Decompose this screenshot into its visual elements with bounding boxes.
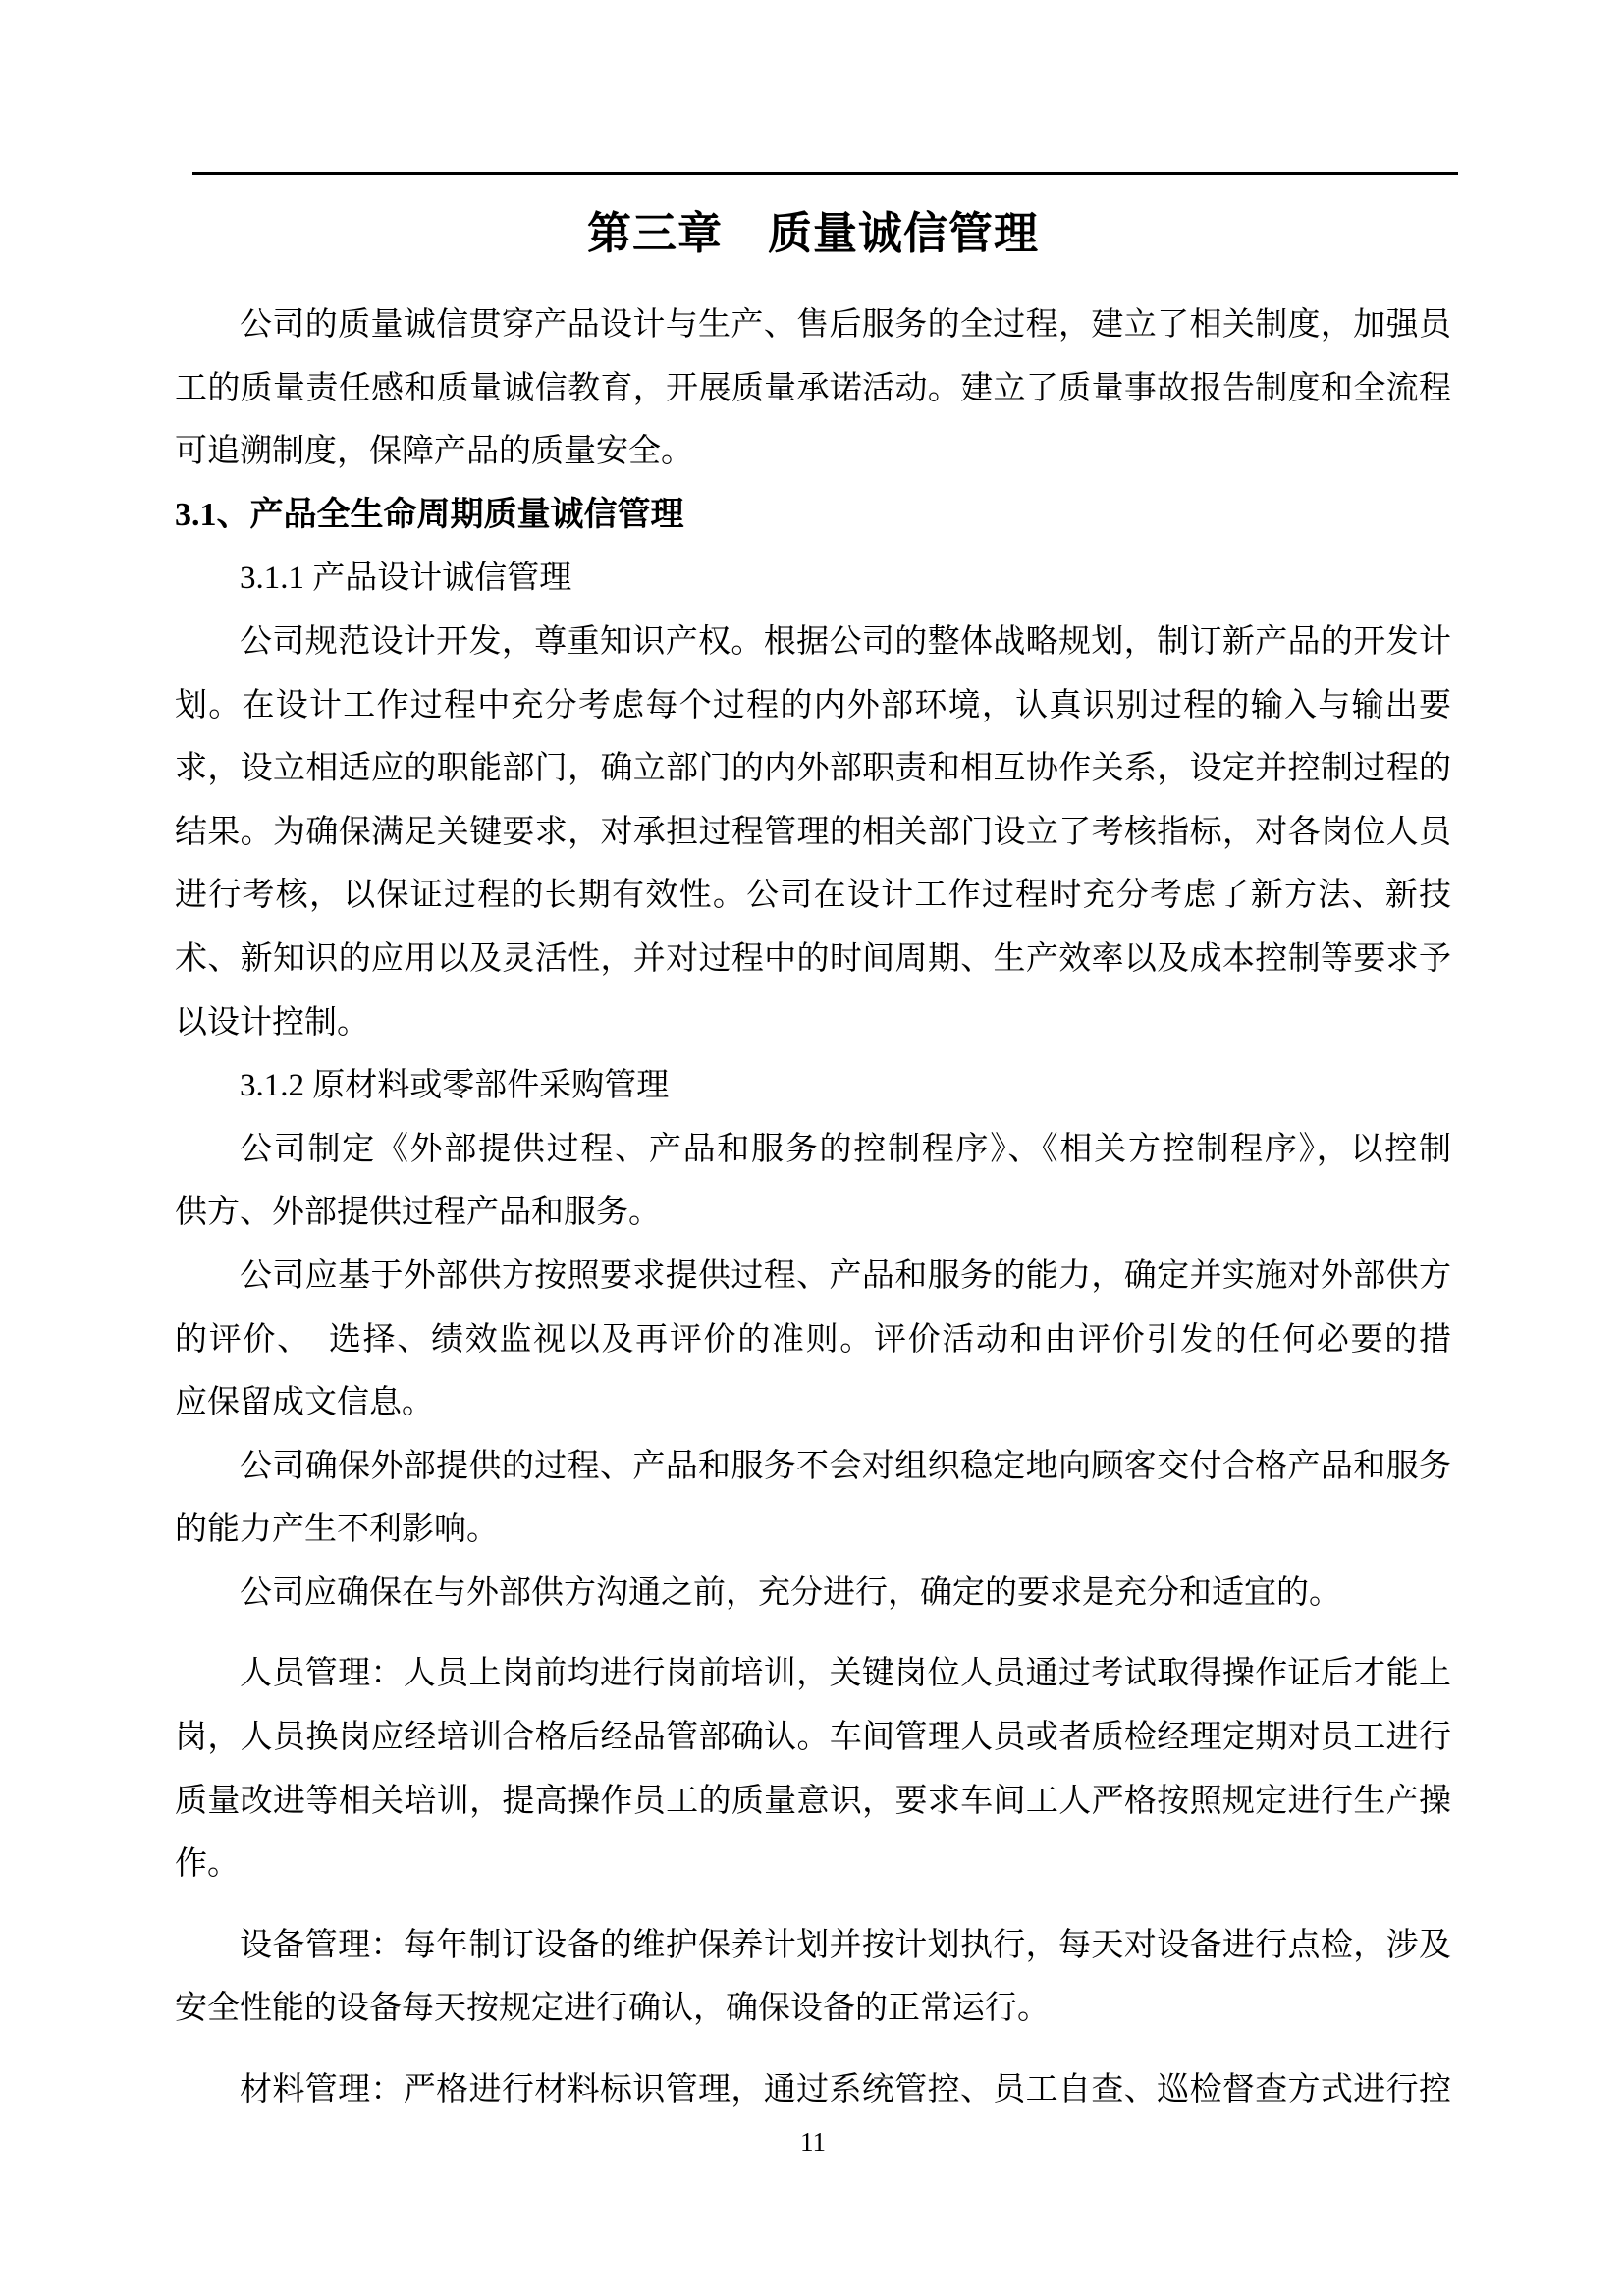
text-line: 的评价、 选择、绩效监视以及再评价的准则。评价活动和由评价引发的任何必要的措施， xyxy=(175,1308,1451,1372)
text-line: 公司规范设计开发，尊重知识产权。根据公司的整体战略规划，制订新产品的开发计 xyxy=(175,611,1451,674)
page-number: 11 xyxy=(175,2122,1451,2162)
text-line: 设备管理：每年制订设备的维护保养计划并按计划执行，每天对设备进行点检，涉及 xyxy=(175,1914,1451,1978)
text-line: 划。在设计工作过程中充分考虑每个过程的内外部环境，认真识别过程的输入与输出要 xyxy=(175,674,1451,738)
text-line: 进行考核，以保证过程的长期有效性。公司在设计工作过程时充分考虑了新方法、新技 xyxy=(175,864,1451,928)
paragraph: 公司的质量诚信贯穿产品设计与生产、售后服务的全过程，建立了相关制度，加强员 工的… xyxy=(175,294,1451,484)
section-heading-3-1: 3.1、产品全生命周期质量诚信管理 xyxy=(175,484,1451,548)
text-line: 安全性能的设备每天按规定进行确认，确保设备的正常运行。 xyxy=(175,1977,1451,2041)
text-line: 公司应基于外部供方按照要求提供过程、产品和服务的能力，确定并实施对外部供方 xyxy=(175,1245,1451,1308)
text-line: 以设计控制。 xyxy=(175,991,1451,1055)
subsection-heading-text: 3.1.1 产品设计诚信管理 xyxy=(175,547,1451,611)
paragraph: 人员管理：人员上岗前均进行岗前培训，关键岗位人员通过考试取得操作证后才能上 岗，… xyxy=(175,1642,1451,1896)
text-line: 人员管理：人员上岗前均进行岗前培训，关键岗位人员通过考试取得操作证后才能上 xyxy=(175,1642,1451,1706)
subsection-heading-3-1-2: 3.1.2 原材料或零部件采购管理 xyxy=(175,1054,1451,1118)
text-line: 工的质量责任感和质量诚信教育，开展质量承诺活动。建立了质量事故报告制度和全流程 xyxy=(175,357,1451,421)
text-line: 的能力产生不利影响。 xyxy=(175,1498,1451,1562)
document-page: 第三章 质量诚信管理 公司的质量诚信贯穿产品设计与生产、售后服务的全过程，建立了… xyxy=(0,0,1624,2296)
text-line: 公司制定《外部提供过程、产品和服务的控制程序》、《相关方控制程序》，以控制 xyxy=(175,1118,1451,1182)
paragraph: 设备管理：每年制订设备的维护保养计划并按计划执行，每天对设备进行点检，涉及 安全… xyxy=(175,1914,1451,2041)
section-heading-text: 3.1、产品全生命周期质量诚信管理 xyxy=(175,484,1451,548)
text-line: 作。 xyxy=(175,1833,1451,1896)
text-line: 求，设立相适应的职能部门，确立部门的内外部职责和相互协作关系，设定并控制过程的 xyxy=(175,737,1451,801)
text-line: 结果。为确保满足关键要求，对承担过程管理的相关部门设立了考核指标，对各岗位人员 xyxy=(175,801,1451,865)
paragraph: 公司确保外部提供的过程、产品和服务不会对组织稳定地向顾客交付合格产品和服务 的能… xyxy=(175,1435,1451,1562)
text-line: 应保留成文信息。 xyxy=(175,1371,1451,1435)
document-body: 公司的质量诚信贯穿产品设计与生产、售后服务的全过程，建立了相关制度，加强员 工的… xyxy=(175,294,1451,2122)
text-line: 公司应确保在与外部供方沟通之前，充分进行，确定的要求是充分和适宜的。 xyxy=(175,1562,1451,1626)
text-line: 公司确保外部提供的过程、产品和服务不会对组织稳定地向顾客交付合格产品和服务 xyxy=(175,1435,1451,1499)
subsection-heading-3-1-1: 3.1.1 产品设计诚信管理 xyxy=(175,547,1451,611)
paragraph: 材料管理：严格进行材料标识管理，通过系统管控、员工自查、巡检督查方式进行控 xyxy=(175,2058,1451,2122)
text-line: 质量改进等相关培训，提高操作员工的质量意识，要求车间工人严格按照规定进行生产操 xyxy=(175,1770,1451,1834)
paragraph: 公司应基于外部供方按照要求提供过程、产品和服务的能力，确定并实施对外部供方 的评… xyxy=(175,1245,1451,1435)
header-rule xyxy=(192,172,1458,175)
text-line: 供方、外部提供过程产品和服务。 xyxy=(175,1181,1451,1245)
subsection-heading-text: 3.1.2 原材料或零部件采购管理 xyxy=(175,1054,1451,1118)
text-line: 术、新知识的应用以及灵活性，并对过程中的时间周期、生产效率以及成本控制等要求予 xyxy=(175,928,1451,991)
text-line: 岗，人员换岗应经培训合格后经品管部确认。车间管理人员或者质检经理定期对员工进行 xyxy=(175,1706,1451,1770)
paragraph: 公司规范设计开发，尊重知识产权。根据公司的整体战略规划，制订新产品的开发计 划。… xyxy=(175,611,1451,1054)
chapter-title: 第三章 质量诚信管理 xyxy=(175,202,1451,265)
paragraph: 公司应确保在与外部供方沟通之前，充分进行，确定的要求是充分和适宜的。 xyxy=(175,1562,1451,1626)
text-line: 公司的质量诚信贯穿产品设计与生产、售后服务的全过程，建立了相关制度，加强员 xyxy=(175,294,1451,357)
text-line: 可追溯制度，保障产品的质量安全。 xyxy=(175,420,1451,484)
paragraph: 公司制定《外部提供过程、产品和服务的控制程序》、《相关方控制程序》，以控制 供方… xyxy=(175,1118,1451,1245)
text-line: 材料管理：严格进行材料标识管理，通过系统管控、员工自查、巡检督查方式进行控 xyxy=(175,2058,1451,2122)
